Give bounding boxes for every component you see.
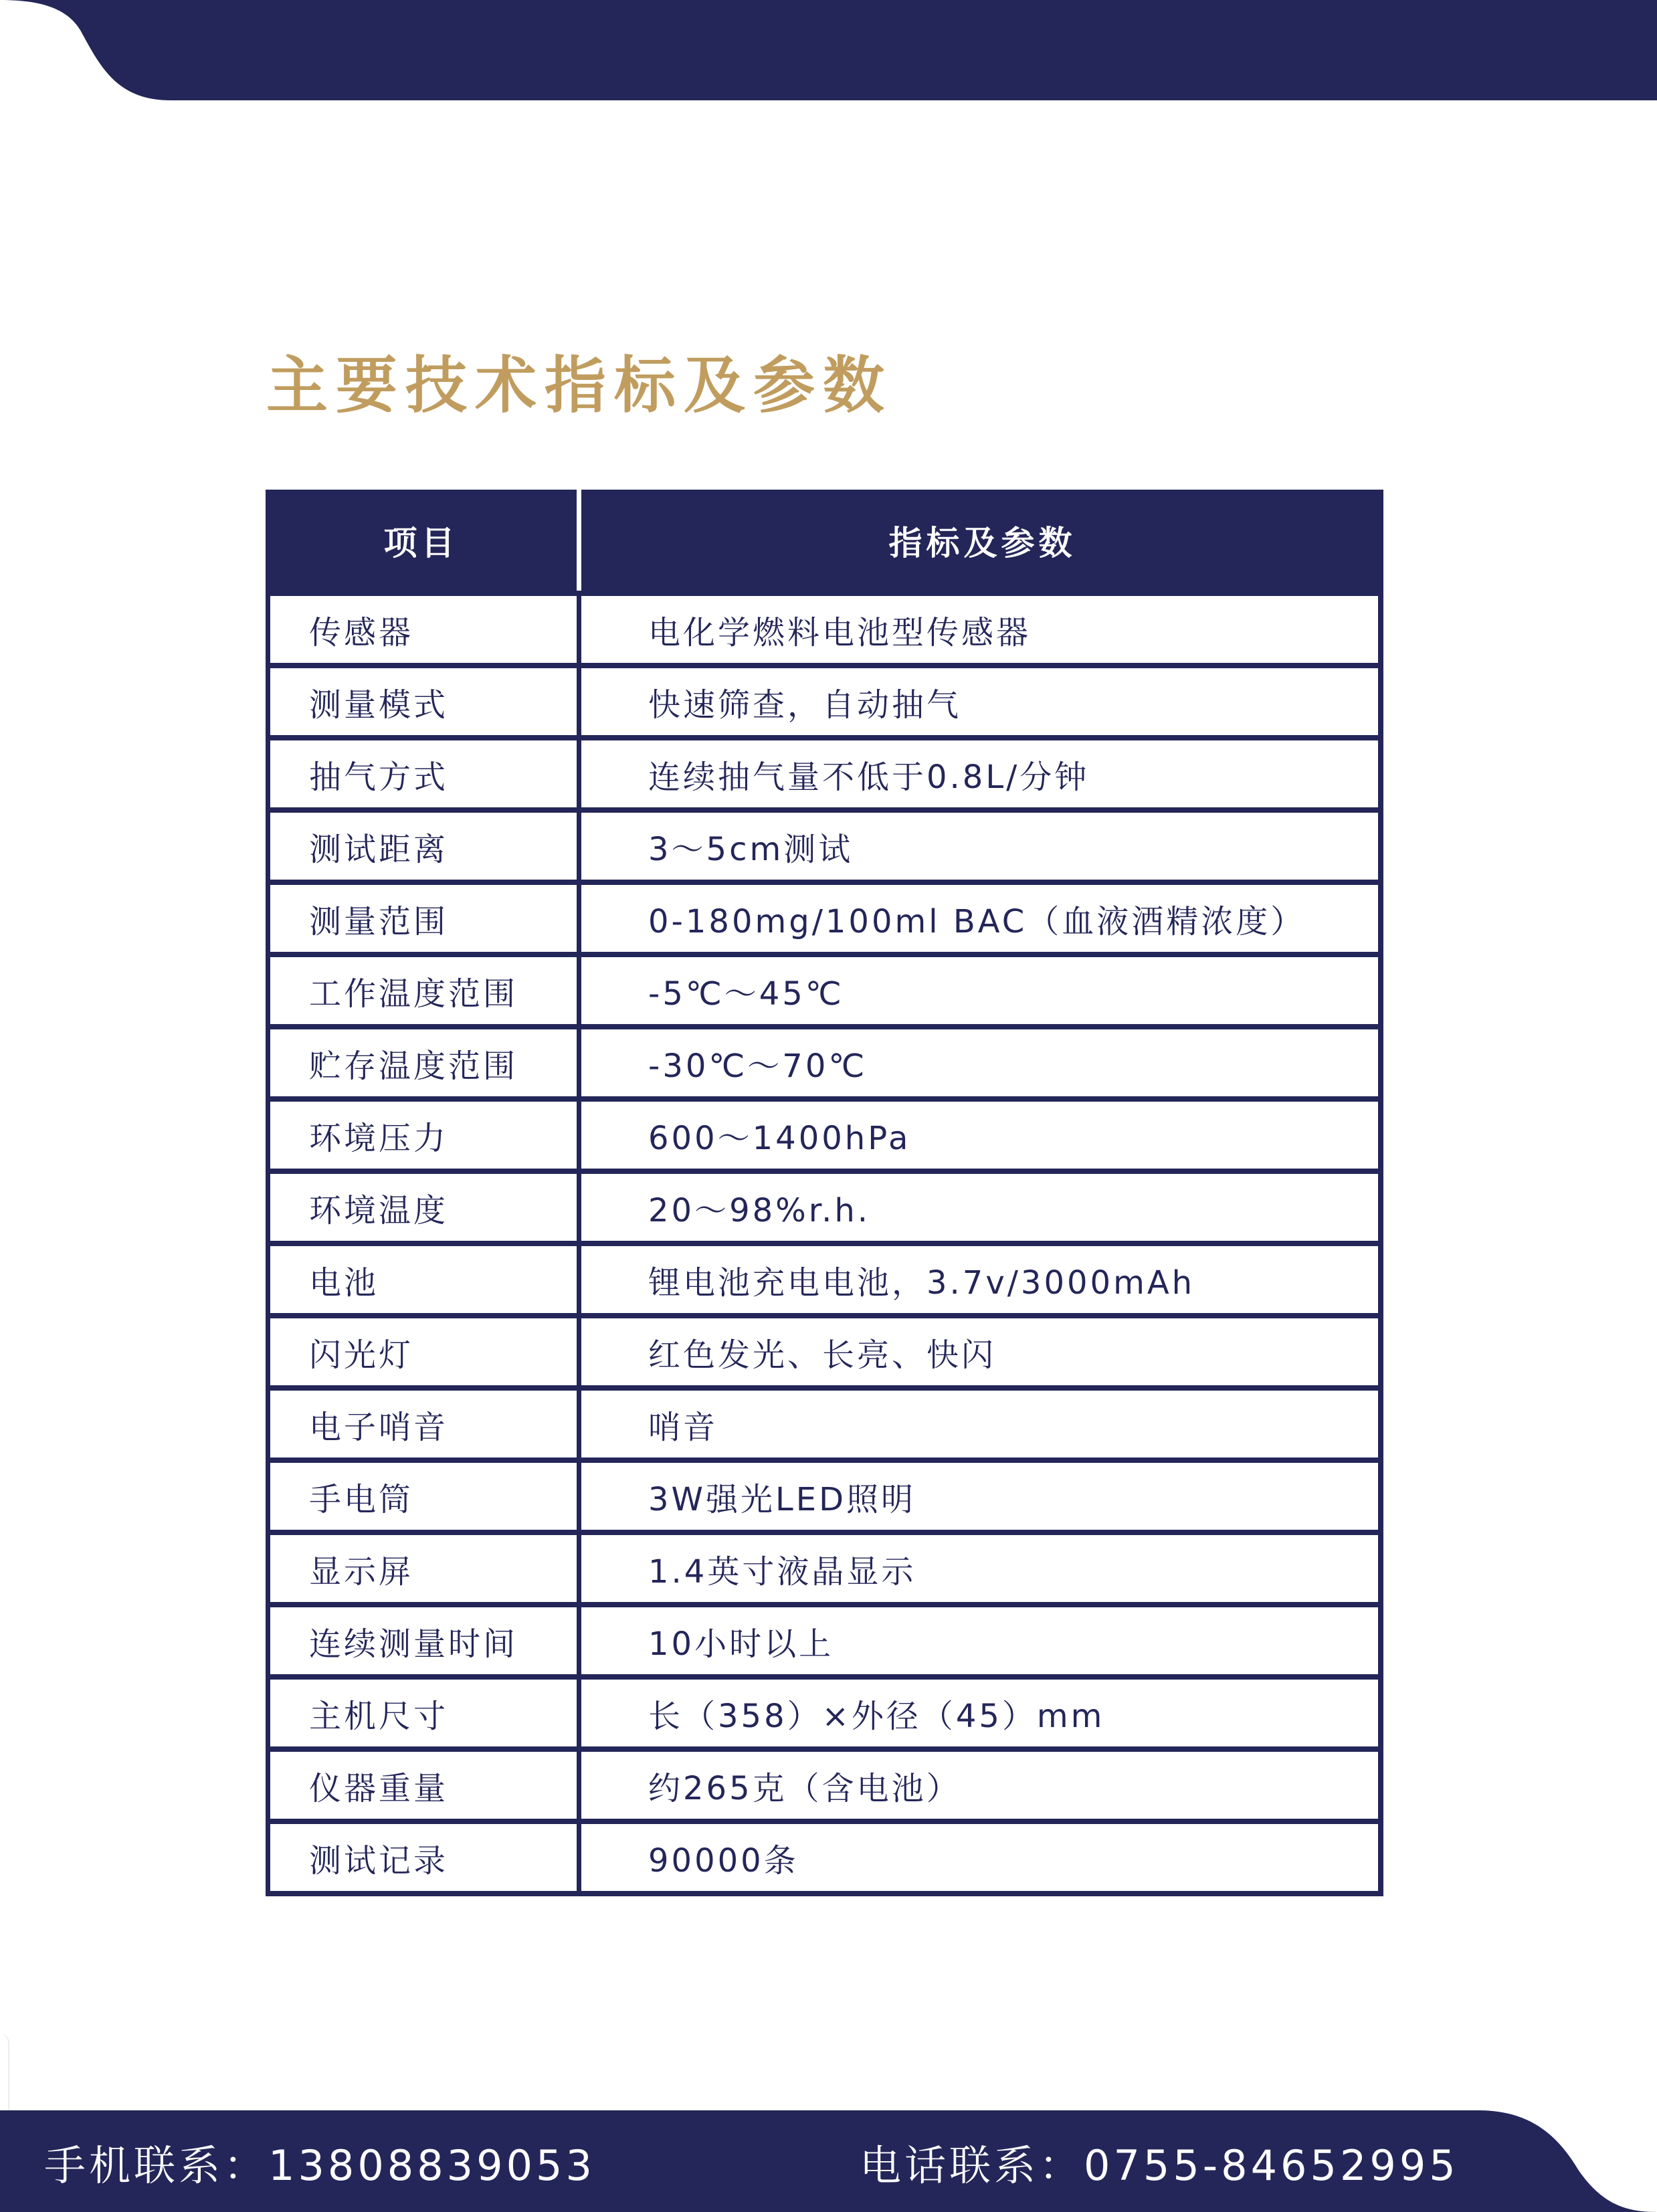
header-value: 指标及参数: [581, 490, 1383, 591]
table-row: 测量范围 0-180mg/100ml BAC（血液酒精浓度）: [266, 880, 1383, 952]
row-value: 90000条: [581, 1819, 1383, 1896]
row-value: 1.4英寸液晶显示: [581, 1530, 1383, 1602]
row-value: 600～1400hPa: [581, 1096, 1383, 1169]
table-row: 手电筒 3W强光LED照明: [266, 1457, 1383, 1530]
row-item: 贮存温度范围: [266, 1024, 581, 1096]
header-item: 项目: [266, 490, 581, 591]
table-row: 测试记录 90000条: [266, 1819, 1383, 1896]
row-value: 红色发光、长亮、快闪: [581, 1313, 1383, 1385]
row-value: 电化学燃料电池型传感器: [581, 591, 1383, 663]
row-item: 电子哨音: [266, 1385, 581, 1457]
footer-phone-contact: 电话联系：0755-84652995: [860, 2139, 1459, 2193]
table-row: 测量模式 快速筛查，自动抽气: [266, 663, 1383, 735]
row-item: 工作温度范围: [266, 952, 581, 1024]
row-value: 20～98%r.h.: [581, 1169, 1383, 1241]
row-item: 连续测量时间: [266, 1602, 581, 1674]
table-row: 主机尺寸 长（358）×外径（45）mm: [266, 1674, 1383, 1746]
row-value: 哨音: [581, 1385, 1383, 1457]
row-item: 电池: [266, 1241, 581, 1313]
table-header-row: 项目 指标及参数: [266, 490, 1383, 591]
table-row: 连续测量时间 10小时以上: [266, 1602, 1383, 1674]
table-row: 环境温度 20～98%r.h.: [266, 1169, 1383, 1241]
row-value: 锂电池充电电池，3.7v/3000mAh: [581, 1241, 1383, 1313]
row-item: 手电筒: [266, 1457, 581, 1530]
row-item: 测试记录: [266, 1819, 581, 1896]
table-row: 传感器 电化学燃料电池型传感器: [266, 591, 1383, 663]
row-item: 环境温度: [266, 1169, 581, 1241]
table-row: 电子哨音 哨音: [266, 1385, 1383, 1457]
page-title: 主要技术指标及参数: [266, 349, 892, 423]
table-row: 电池 锂电池充电电池，3.7v/3000mAh: [266, 1241, 1383, 1313]
table-row: 抽气方式 连续抽气量不低于0.8L/分钟: [266, 735, 1383, 807]
decorative-line: [0, 2033, 9, 2112]
header-wave-shape: [0, 0, 1657, 102]
row-value: 10小时以上: [581, 1602, 1383, 1674]
row-item: 闪光灯: [266, 1313, 581, 1385]
row-value: -5℃～45℃: [581, 952, 1383, 1024]
table-row: 仪器重量 约265克（含电池）: [266, 1746, 1383, 1819]
row-value: 0-180mg/100ml BAC（血液酒精浓度）: [581, 880, 1383, 952]
table-row: 贮存温度范围 -30℃～70℃: [266, 1024, 1383, 1096]
row-item: 传感器: [266, 591, 581, 663]
row-value: 3W强光LED照明: [581, 1457, 1383, 1530]
header-band: [0, 0, 1657, 102]
row-value: 长（358）×外径（45）mm: [581, 1674, 1383, 1746]
row-value: 连续抽气量不低于0.8L/分钟: [581, 735, 1383, 807]
row-value: -30℃～70℃: [581, 1024, 1383, 1096]
table-row: 显示屏 1.4英寸液晶显示: [266, 1530, 1383, 1602]
row-item: 抽气方式: [266, 735, 581, 807]
table-row: 闪光灯 红色发光、长亮、快闪: [266, 1313, 1383, 1385]
spec-table: 项目 指标及参数 传感器 电化学燃料电池型传感器 测量模式 快速筛查，自动抽气 …: [266, 490, 1383, 1896]
table-row: 工作温度范围 -5℃～45℃: [266, 952, 1383, 1024]
row-item: 主机尺寸: [266, 1674, 581, 1746]
row-item: 显示屏: [266, 1530, 581, 1602]
row-value: 约265克（含电池）: [581, 1746, 1383, 1819]
row-value: 快速筛查，自动抽气: [581, 663, 1383, 735]
row-item: 测量模式: [266, 663, 581, 735]
row-item: 仪器重量: [266, 1746, 581, 1819]
row-item: 环境压力: [266, 1096, 581, 1169]
table-row: 测试距离 3～5cm测试: [266, 807, 1383, 880]
row-value: 3～5cm测试: [581, 807, 1383, 880]
table-row: 环境压力 600～1400hPa: [266, 1096, 1383, 1169]
footer-mobile-contact: 手机联系：13808839053: [44, 2139, 595, 2193]
row-item: 测量范围: [266, 880, 581, 952]
row-item: 测试距离: [266, 807, 581, 880]
